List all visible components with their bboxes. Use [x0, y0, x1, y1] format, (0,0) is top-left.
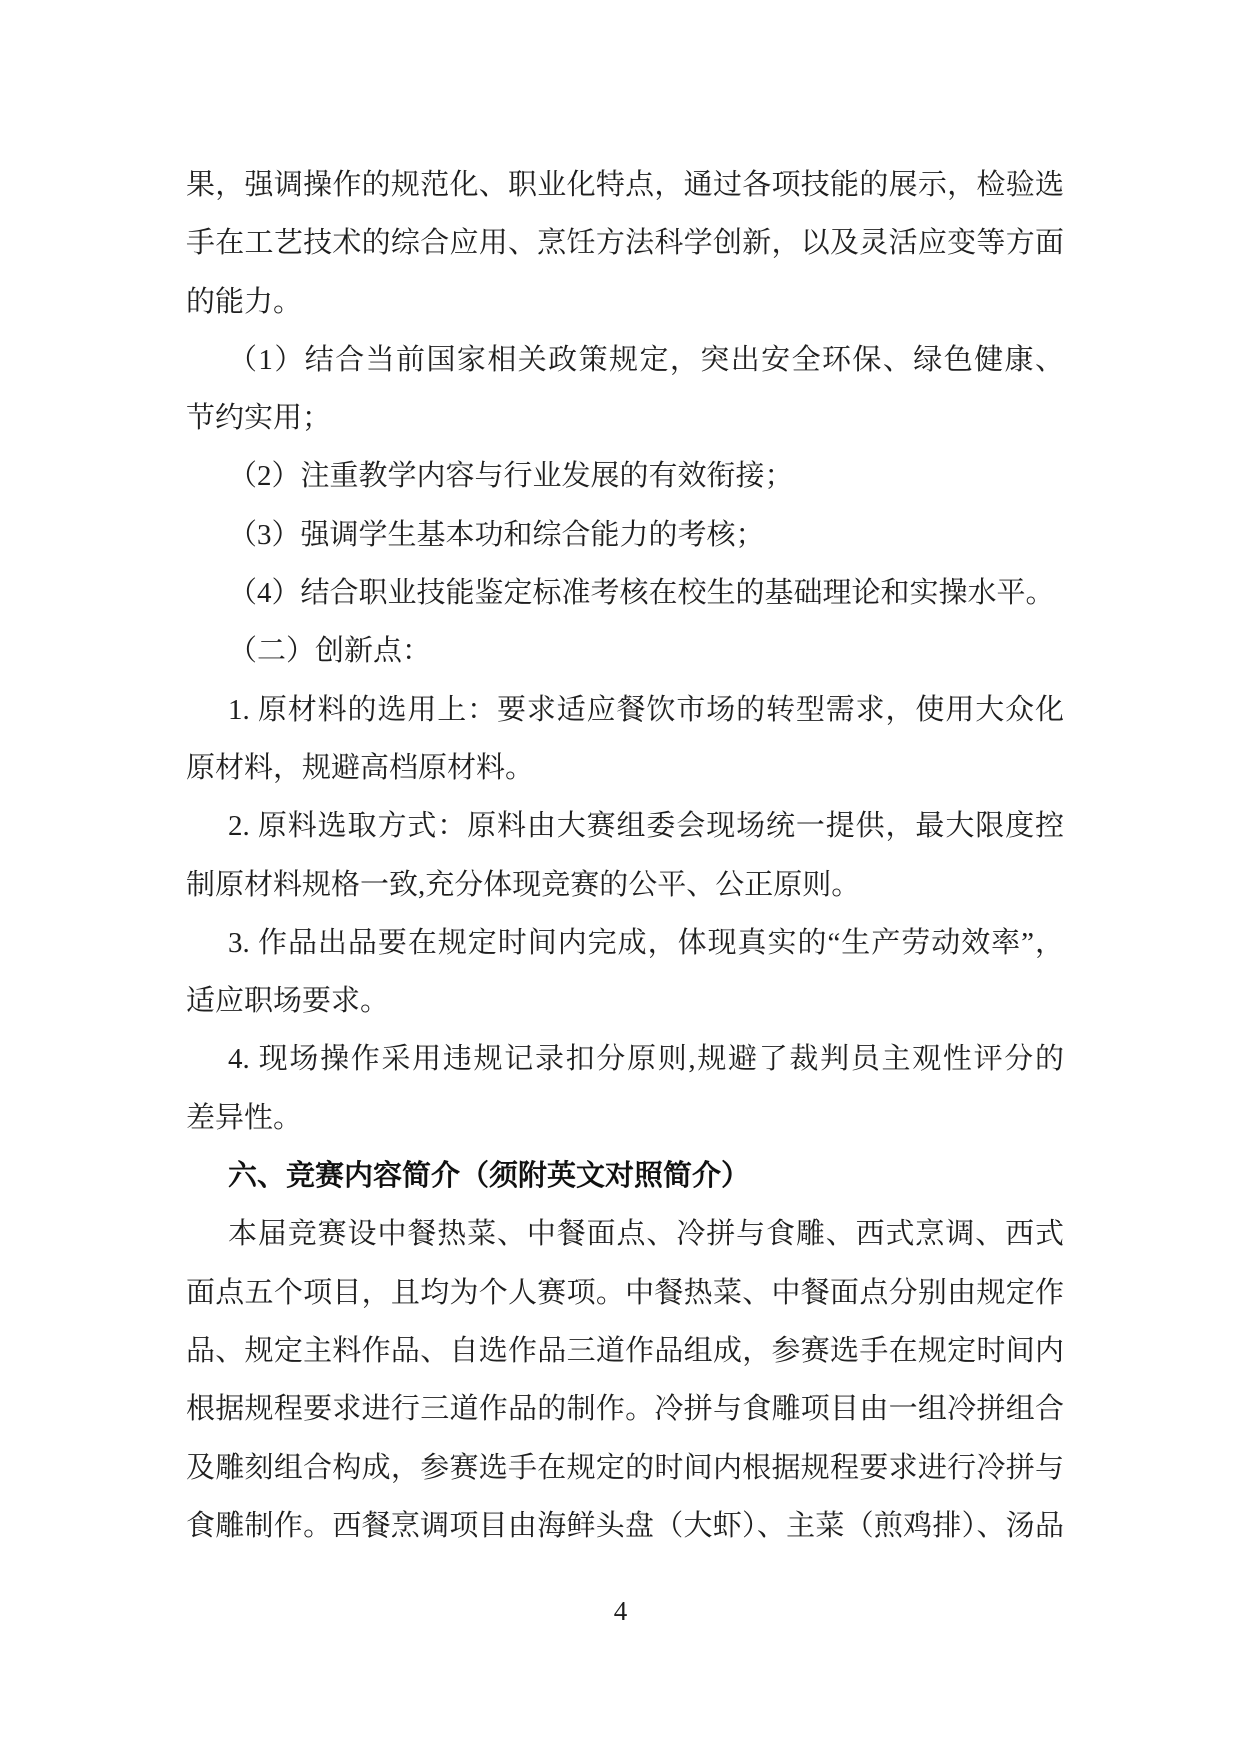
- doc-line: 面点五个项目，且均为个人赛项。中餐热菜、中餐面点分别由规定作: [186, 1264, 1064, 1322]
- doc-line: 手在工艺技术的综合应用、烹饪方法科学创新，以及灵活应变等方面: [186, 214, 1064, 272]
- doc-line: 差异性。: [186, 1089, 1064, 1147]
- doc-line: 节约实用；: [186, 389, 1064, 447]
- doc-line: 3. 作品出品要在规定时间内完成，体现真实的“生产劳动效率”，: [186, 914, 1064, 972]
- page-number: 4: [0, 1596, 1241, 1627]
- doc-line: 及雕刻组合构成，参赛选手在规定的时间内根据规程要求进行冷拼与: [186, 1439, 1064, 1497]
- document-body: 果，强调操作的规范化、职业化特点，通过各项技能的展示，检验选 手在工艺技术的综合…: [186, 156, 1064, 1555]
- doc-line: 本届竞赛设中餐热菜、中餐面点、冷拼与食雕、西式烹调、西式: [186, 1205, 1064, 1263]
- section-heading: 六、竞赛内容简介（须附英文对照简介）: [186, 1147, 1064, 1205]
- doc-line: （3）强调学生基本功和综合能力的考核；: [186, 506, 1064, 564]
- doc-line: 果，强调操作的规范化、职业化特点，通过各项技能的展示，检验选: [186, 156, 1064, 214]
- doc-line: 根据规程要求进行三道作品的制作。冷拼与食雕项目由一组冷拼组合: [186, 1380, 1064, 1438]
- doc-line: 制原材料规格一致,充分体现竞赛的公平、公正原则。: [186, 856, 1064, 914]
- doc-line: 4. 现场操作采用违规记录扣分原则,规避了裁判员主观性评分的: [186, 1030, 1064, 1088]
- doc-subheading: （二）创新点：: [186, 622, 1064, 680]
- doc-line: （1）结合当前国家相关政策规定，突出安全环保、绿色健康、: [186, 331, 1064, 389]
- doc-line: 食雕制作。西餐烹调项目由海鲜头盘（大虾）、主菜（煎鸡排）、汤品: [186, 1497, 1064, 1555]
- doc-line: 2. 原料选取方式：原料由大赛组委会现场统一提供，最大限度控: [186, 797, 1064, 855]
- doc-line: 的能力。: [186, 273, 1064, 331]
- doc-line: 原材料，规避高档原材料。: [186, 739, 1064, 797]
- doc-line: 品、规定主料作品、自选作品三道作品组成，参赛选手在规定时间内: [186, 1322, 1064, 1380]
- doc-line: （2）注重教学内容与行业发展的有效衔接；: [186, 447, 1064, 505]
- doc-line: 适应职场要求。: [186, 972, 1064, 1030]
- doc-line: 1. 原材料的选用上：要求适应餐饮市场的转型需求，使用大众化: [186, 681, 1064, 739]
- doc-line: （4）结合职业技能鉴定标准考核在校生的基础理论和实操水平。: [186, 564, 1064, 622]
- document-page: 果，强调操作的规范化、职业化特点，通过各项技能的展示，检验选 手在工艺技术的综合…: [0, 0, 1241, 1754]
